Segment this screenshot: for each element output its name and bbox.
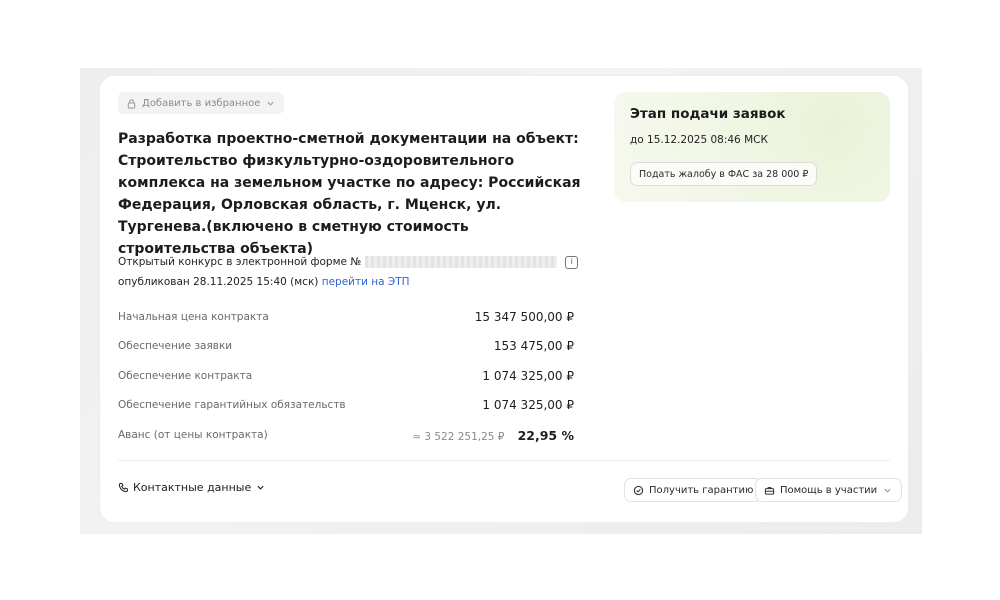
stage-title: Этап подачи заявок [630,106,786,122]
param-label: Аванс (от цены контракта) [118,429,268,441]
procedure-label: Открытый конкурс в электронной форме № [118,256,361,268]
get-guarantee-button[interactable]: Получить гарантию [624,478,762,502]
stage-deadline: до 15.12.2025 08:46 МСК [630,134,768,146]
chevron-down-icon [265,98,276,109]
param-row: Аванс (от цены контракта) ≈ 3 522 251,25… [118,420,574,450]
info-icon[interactable]: i [565,256,578,269]
param-row: Обеспечение контракта 1 074 325,00 ₽ [118,361,574,391]
published-date: опубликован 28.11.2025 15:40 (мск) [118,276,318,288]
param-row: Обеспечение гарантийных обязательств 1 0… [118,391,574,421]
param-label: Обеспечение заявки [118,340,232,352]
tender-title: Разработка проектно-сметной документации… [118,128,588,260]
briefcase-icon [764,485,775,496]
param-value: 153 475,00 ₽ [494,339,574,353]
etp-link[interactable]: перейти на ЭТП [322,276,410,288]
fas-complaint-button[interactable]: Подать жалобу в ФАС за 28 000 ₽ [630,162,817,186]
contacts-label: Контактные данные [133,481,251,494]
get-guarantee-label: Получить гарантию [649,485,753,496]
param-value: 1 074 325,00 ₽ [482,398,574,412]
advance-amount: ≈ 3 522 251,25 ₽ [412,431,504,443]
param-row: Начальная цена контракта 15 347 500,00 ₽ [118,302,574,332]
param-label: Обеспечение контракта [118,370,252,382]
add-to-favorites-button[interactable]: Добавить в избранное [118,92,284,114]
shield-icon [633,485,644,496]
chevron-down-icon [882,485,893,496]
contacts-toggle[interactable]: Контактные данные [118,481,266,494]
lock-icon [126,98,137,109]
contract-params: Начальная цена контракта 15 347 500,00 ₽… [118,302,574,450]
tender-card: Добавить в избранное Разработка проектно… [100,76,908,522]
divider [118,460,890,461]
participation-help-label: Помощь в участии [780,485,877,496]
advance-percent: 22,95 % [518,428,574,443]
stage-panel: Этап подачи заявок до 15.12.2025 08:46 М… [614,92,890,202]
param-label: Начальная цена контракта [118,311,269,323]
param-value: 1 074 325,00 ₽ [482,369,574,383]
chevron-down-icon [255,482,266,493]
participation-help-button[interactable]: Помощь в участии [755,478,902,502]
param-row: Обеспечение заявки 153 475,00 ₽ [118,332,574,362]
add-to-favorites-label: Добавить в избранное [142,98,260,109]
param-label: Обеспечение гарантийных обязательств [118,399,346,411]
phone-icon [118,482,129,493]
procedure-number-redacted [365,256,557,268]
param-value: 15 347 500,00 ₽ [475,310,574,324]
procedure-info: Открытый конкурс в электронной форме №i … [118,252,588,292]
